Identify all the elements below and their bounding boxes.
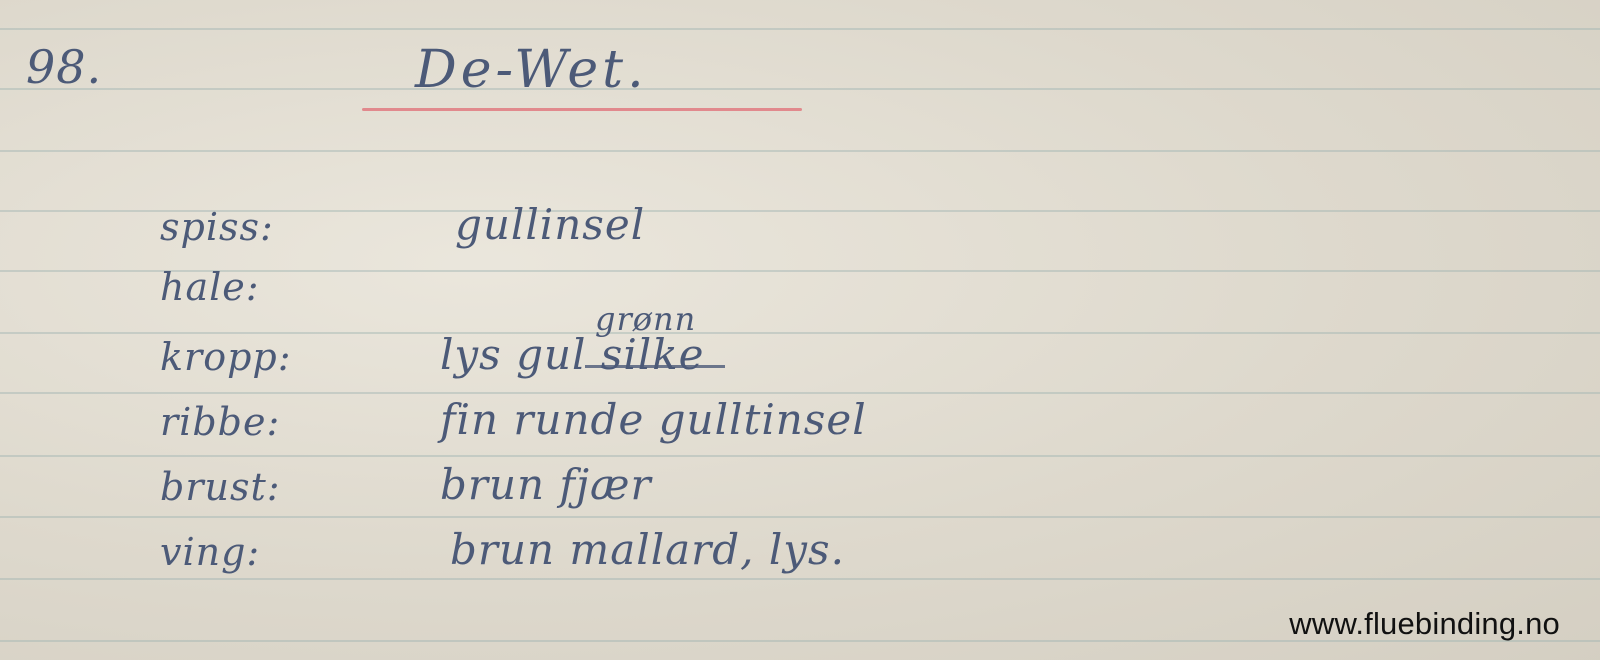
label-kropp: kropp: xyxy=(160,335,292,379)
value-brust: brun fjær xyxy=(440,460,652,509)
strikethrough xyxy=(585,365,725,368)
value-ribbe: fin runde gulltinsel xyxy=(440,395,867,444)
value-ving: brun mallard, lys. xyxy=(450,525,845,574)
label-ribbe: ribbe: xyxy=(160,400,280,444)
label-spiss: spiss: xyxy=(160,205,274,249)
ruled-line xyxy=(0,150,1600,152)
value-spiss: gullinsel xyxy=(455,200,645,249)
title-underline xyxy=(362,108,802,111)
ruled-line xyxy=(0,88,1600,90)
ruled-line xyxy=(0,28,1600,30)
label-brust: brust: xyxy=(160,465,281,509)
watermark-link: www.fluebinding.no xyxy=(1289,606,1560,642)
ruled-line xyxy=(0,578,1600,580)
entry-number: 98. xyxy=(26,40,102,94)
ruled-line xyxy=(0,392,1600,394)
fly-title: De-Wet. xyxy=(415,40,648,100)
notebook-page: 98. De-Wet. spiss: gullinsel hale: grønn… xyxy=(0,0,1600,660)
ruled-line xyxy=(0,516,1600,518)
value-kropp: lys gul silke xyxy=(440,330,705,379)
label-ving: ving: xyxy=(160,530,260,574)
ruled-line xyxy=(0,332,1600,334)
label-hale: hale: xyxy=(160,265,260,309)
ruled-line xyxy=(0,455,1600,457)
